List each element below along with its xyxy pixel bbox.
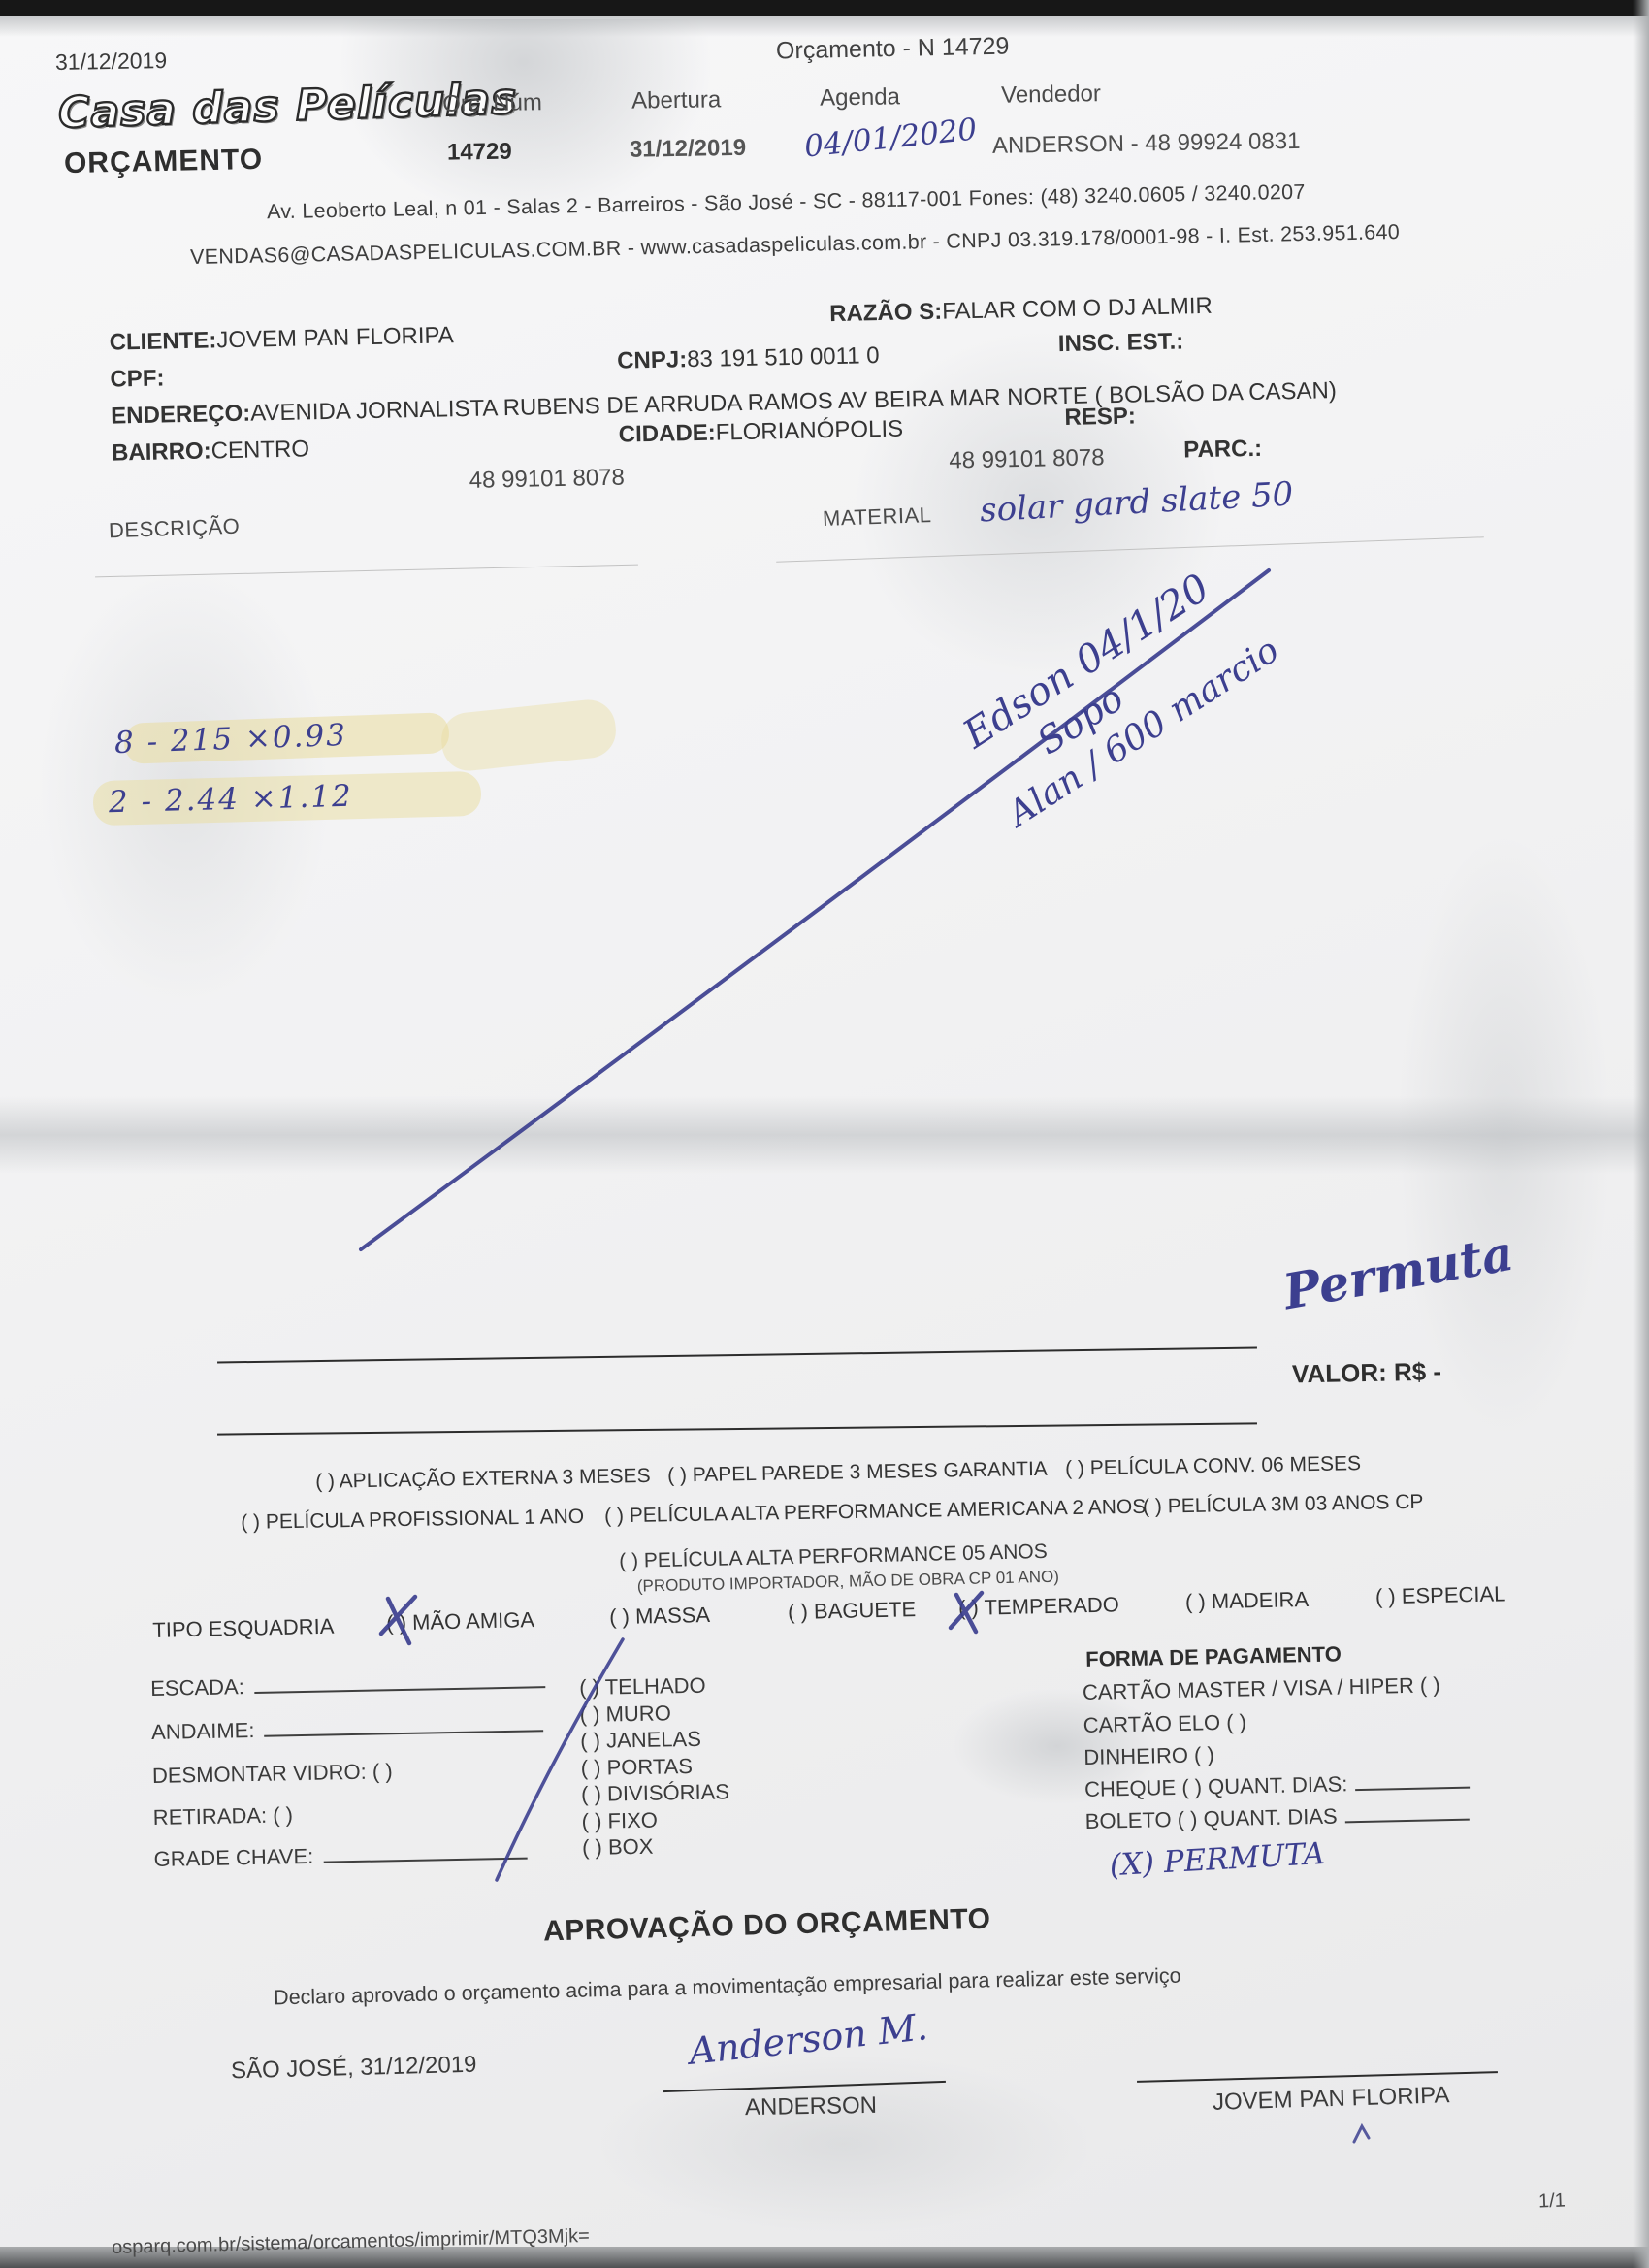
orc-num-value: 14729 (447, 139, 512, 167)
warranty-option: ( ) PELÍCULA ALTA PERFORMANCE AMERICANA … (604, 1496, 1147, 1529)
client-phone-1: 48 99101 8078 (469, 465, 625, 495)
tipo-esquadria-label: TIPO ESQUADRIA (152, 1614, 335, 1643)
parc-label: PARC.: (1183, 436, 1262, 465)
company-contact-line: VENDAS6@CASADASPELICULAS.COM.BR - www.ca… (190, 220, 1400, 270)
endereco-label: ENDEREÇO: (111, 401, 251, 430)
agenda-handwritten-value: 04/01/2020 (802, 112, 978, 164)
diagonal-handwritten-note: Edson 04/1/20 Sopo Alan / 600 marcio (955, 552, 1286, 831)
escada-blank-line (254, 1670, 545, 1694)
boleto-days-blank (1344, 1803, 1469, 1824)
scanner-top-edge (0, 0, 1649, 16)
escada-field: ESCADA: (150, 1669, 545, 1701)
valor-rule-top (217, 1347, 1257, 1364)
header-fields: Orç. Núm 14729 Abertura 31/12/2019 Agend… (427, 73, 1612, 198)
page-indicator: 1/1 (1538, 2190, 1567, 2214)
option-muro: ( ) MURO (579, 1699, 727, 1728)
payment-title: FORMA DE PAGAMENTO (1085, 1641, 1342, 1672)
option-box: ( ) BOX (582, 1831, 730, 1861)
approval-place-date: SÃO JOSÉ, 31/12/2019 (231, 2052, 477, 2086)
endereco-field: ENDEREÇO: AVENIDA JORNALISTA RUBENS DE A… (111, 401, 251, 431)
signature-line-client (1137, 2071, 1498, 2083)
warranty-option: ( ) PAPEL PAREDE 3 MESES GARANTIA (667, 1458, 1048, 1488)
escada-label: ESCADA: (150, 1674, 244, 1701)
vendedor-value: ANDERSON - 48 99924 0831 (992, 128, 1301, 160)
andaime-blank-line (264, 1714, 543, 1737)
material-label: MATERIAL (823, 502, 932, 532)
bairro-value: CENTRO (210, 436, 309, 465)
payment-option-boleto: BOLETO ( ) QUANT. DIAS (1084, 1801, 1469, 1834)
cheque-label: CHEQUE ( ) QUANT. DIAS: (1084, 1771, 1348, 1801)
cpf-label: CPF: (110, 365, 165, 393)
client-phone-2: 48 99101 8078 (949, 444, 1105, 474)
option-janelas: ( ) JANELAS (580, 1725, 728, 1754)
agenda-label: Agenda (820, 83, 900, 112)
cidade-label: CIDADE: (618, 420, 716, 448)
payment-option-cartao-master: CARTÃO MASTER / VISA / HIPER ( ) (1083, 1672, 1440, 1705)
anderson-signature: Anderson M. (687, 2005, 929, 2073)
crease-shadow (601, 2057, 1086, 2231)
bairro-label: BAIRRO: (112, 437, 211, 466)
grade-chave-field: GRADE CHAVE: (153, 1840, 527, 1872)
valor-label: VALOR: R$ - (1292, 1357, 1442, 1390)
warranty-option: ( ) PELÍCULA CONV. 06 MESES (1065, 1452, 1361, 1480)
permuta-handwritten-option: (X) PERMUTA (1109, 1836, 1326, 1883)
warranty-option-subnote: (PRODUTO IMPORTADOR, MÃO DE OBRA CP 01 A… (637, 1568, 1059, 1597)
signature-line-anderson (663, 2081, 946, 2092)
cnpj-label: CNPJ: (617, 346, 688, 374)
payment-option-cartao-elo: CARTÃO ELO ( ) (1083, 1709, 1246, 1738)
esquadria-option-madeira: ( ) MADEIRA (1185, 1587, 1309, 1615)
retirada-field: RETIRADA: ( ) (153, 1802, 294, 1831)
esquadria-option-especial: ( ) ESPECIAL (1375, 1581, 1506, 1609)
warranty-options-row-3: ( ) PELÍCULA ALTA PERFORMANCE 05 ANOS (P… (619, 1540, 1059, 1597)
orc-num-label: Orç. Núm (442, 89, 542, 118)
document-reference: Orçamento - N 14729 (776, 32, 1010, 65)
grade-chave-blank-line (323, 1842, 527, 1863)
bairro-field: BAIRRO: CENTRO (112, 437, 211, 467)
permuta-script-note: Permuta (1279, 1224, 1518, 1321)
cidade-value: FLORIANÓPOLIS (715, 416, 903, 447)
esquadria-option-massa: ( ) MASSA (609, 1603, 710, 1630)
grade-chave-label: GRADE CHAVE: (153, 1844, 313, 1871)
vendedor-label: Vendedor (1001, 81, 1101, 110)
descricao-ruled-line (95, 565, 638, 578)
esquadria-option-temperado: ( ) TEMPERADO (958, 1592, 1119, 1621)
desmontar-vidro-field: DESMONTAR VIDRO: ( ) (152, 1759, 393, 1789)
measurement-note-2: 2 - 2.44 ×1.12 (109, 779, 354, 821)
crease-shadow (1397, 834, 1610, 1436)
surface-options-column: ( ) TELHADO ( ) MURO ( ) JANELAS ( ) POR… (579, 1671, 730, 1861)
option-divisorias: ( ) DIVISÓRIAS (581, 1778, 729, 1807)
razao-field: RAZÃO S: FALAR COM O DJ ALMIR (829, 299, 943, 328)
cliente-field: CLIENTE: JOVEM PAN FLORIPA (109, 327, 216, 356)
cliente-value: JOVEM PAN FLORIPA (216, 322, 454, 354)
warranty-option: ( ) PELÍCULA PROFISSIONAL 1 ANO (241, 1506, 584, 1535)
material-ruled-line (776, 536, 1484, 562)
approval-title: APROVAÇÃO DO ORÇAMENTO (543, 1903, 991, 1949)
approval-declaration: Declaro aprovado o orçamento acima para … (274, 1964, 1181, 2011)
descricao-label: DESCRIÇÃO (109, 514, 241, 544)
cheque-days-blank (1355, 1771, 1470, 1791)
footer-url: osparq.com.br/sistema/orcamentos/imprimi… (112, 2225, 590, 2259)
warranty-option: ( ) PELÍCULA 3M 03 ANOS CP (1143, 1491, 1424, 1519)
razao-label: RAZÃO S: (829, 299, 943, 327)
option-portas: ( ) PORTAS (580, 1752, 728, 1781)
andaime-field: ANDAIME: (151, 1712, 544, 1745)
client-name-label: JOVEM PAN FLORIPA (1212, 2082, 1450, 2117)
insc-est-label: INSC. EST.: (1058, 328, 1184, 358)
document-type-title: ORÇAMENTO (64, 144, 264, 180)
payment-option-dinheiro: DINHEIRO ( ) (1083, 1742, 1214, 1770)
anderson-name-label: ANDERSON (745, 2092, 877, 2122)
cnpj-value: 83 191 510 0011 0 (687, 342, 880, 373)
scanner-top-edge-shadow (0, 16, 1649, 37)
client-info-block: CLIENTE: JOVEM PAN FLORIPA RAZÃO S: FALA… (92, 281, 1590, 506)
fold-crease-band (0, 1096, 1649, 1174)
option-fixo: ( ) FIXO (581, 1805, 729, 1834)
esquadria-option-baguete: ( ) BAGUETE (788, 1597, 917, 1625)
warranty-option: ( ) APLICAÇÃO EXTERNA 3 MESES (315, 1465, 651, 1494)
highlighter-mark (438, 697, 618, 773)
small-caret-mark (1354, 2126, 1369, 2142)
paper-right-edge-shadow (1633, 0, 1649, 2268)
cliente-label: CLIENTE: (109, 327, 216, 355)
scan-date: 31/12/2019 (55, 48, 168, 76)
boleto-label: BOLETO ( ) QUANT. DIAS (1084, 1804, 1337, 1833)
tipo-esquadria-row: TIPO ESQUADRIA ( ) MÃO AMIGA ( ) MASSA (… (150, 1583, 1528, 1647)
resp-label: RESP: (1064, 403, 1136, 432)
option-telhado: ( ) TELHADO (579, 1671, 727, 1701)
andaime-label: ANDAIME: (151, 1718, 255, 1744)
abertura-label: Abertura (631, 86, 721, 114)
valor-rule-bottom (217, 1422, 1257, 1435)
cidade-field: CIDADE: FLORIANÓPOLIS (618, 420, 716, 449)
cnpj-field: CNPJ: 83 191 510 0011 0 (617, 346, 688, 375)
payment-option-cheque: CHEQUE ( ) QUANT. DIAS: (1084, 1769, 1471, 1802)
esquadria-option-mao-amiga: ( ) MÃO AMIGA (386, 1607, 534, 1636)
scanned-budget-document: 31/12/2019 Orçamento - N 14729 Casa das … (0, 0, 1649, 2268)
abertura-value: 31/12/2019 (630, 135, 747, 164)
razao-value: FALAR COM O DJ ALMIR (942, 293, 1212, 326)
